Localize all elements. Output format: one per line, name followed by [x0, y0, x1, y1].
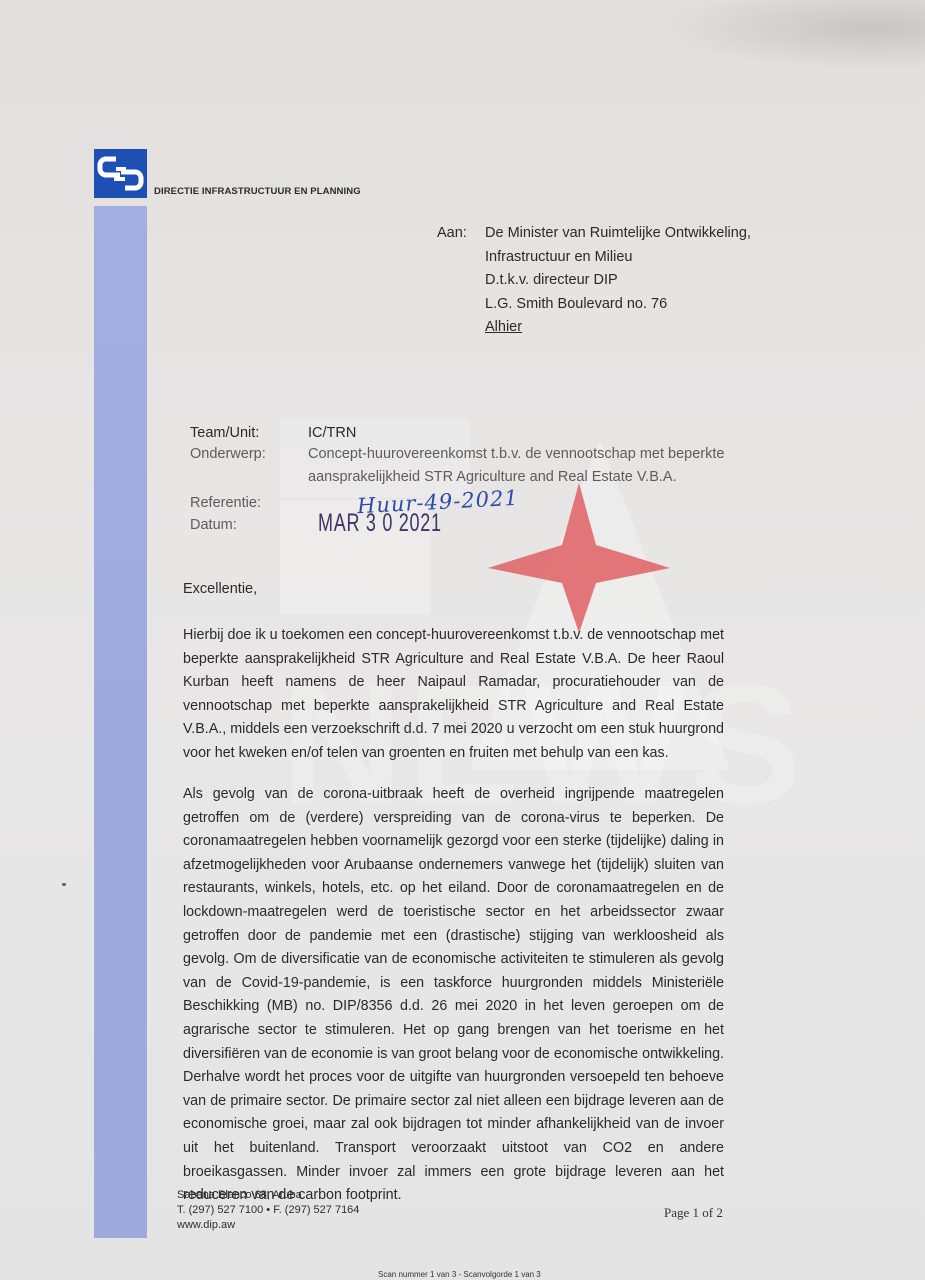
body-paragraph: Als gevolg van de corona-uitbraak heeft …	[183, 783, 724, 1208]
recipient-line: De Minister van Ruimtelijke Ontwikkeling…	[485, 222, 751, 246]
recipient-line: Alhier	[485, 316, 751, 340]
team-value: IC/TRN	[308, 425, 356, 441]
paper-shadow	[665, 0, 925, 70]
page-number: Page 1 of 2	[664, 1205, 723, 1221]
paper-speck	[62, 883, 66, 886]
footer-contact: Sabana Blanco 68, Aruba T. (297) 527 710…	[177, 1188, 359, 1233]
date-label: Datum:	[190, 517, 237, 533]
subject-label: Onderwerp:	[190, 446, 266, 462]
salutation: Excellentie,	[183, 581, 257, 597]
footer-phone-fax: T. (297) 527 7100 • F. (297) 527 7164	[177, 1203, 359, 1218]
four-point-star-icon	[488, 483, 670, 633]
dip-logo-icon	[94, 149, 147, 198]
recipient-line: L.G. Smith Boulevard no. 76	[485, 293, 751, 317]
subject-line-1: Concept-huurovereenkomst t.b.v. de venno…	[308, 446, 724, 462]
organization-name: DIRECTIE INFRASTRUCTUUR EN PLANNING	[154, 186, 361, 197]
recipient-line: D.t.k.v. directeur DIP	[485, 269, 751, 293]
letterhead-sidebar-bar	[94, 206, 147, 1238]
recipient-label: Aan:	[437, 222, 467, 246]
scan-note: Scan nummer 1 van 3 - Scanvolgorde 1 van…	[378, 1270, 541, 1279]
footer-website: www.dip.aw	[177, 1218, 359, 1233]
recipient-line: Infrastructuur en Milieu	[485, 246, 751, 270]
body-paragraph: Hierbij doe ik u toekomen een concept-hu…	[183, 624, 724, 766]
footer-address: Sabana Blanco 68, Aruba	[177, 1188, 359, 1203]
reference-label: Referentie:	[190, 495, 261, 511]
team-label: Team/Unit:	[190, 425, 259, 441]
date-stamp: MAR 3 0 2021	[318, 509, 442, 538]
